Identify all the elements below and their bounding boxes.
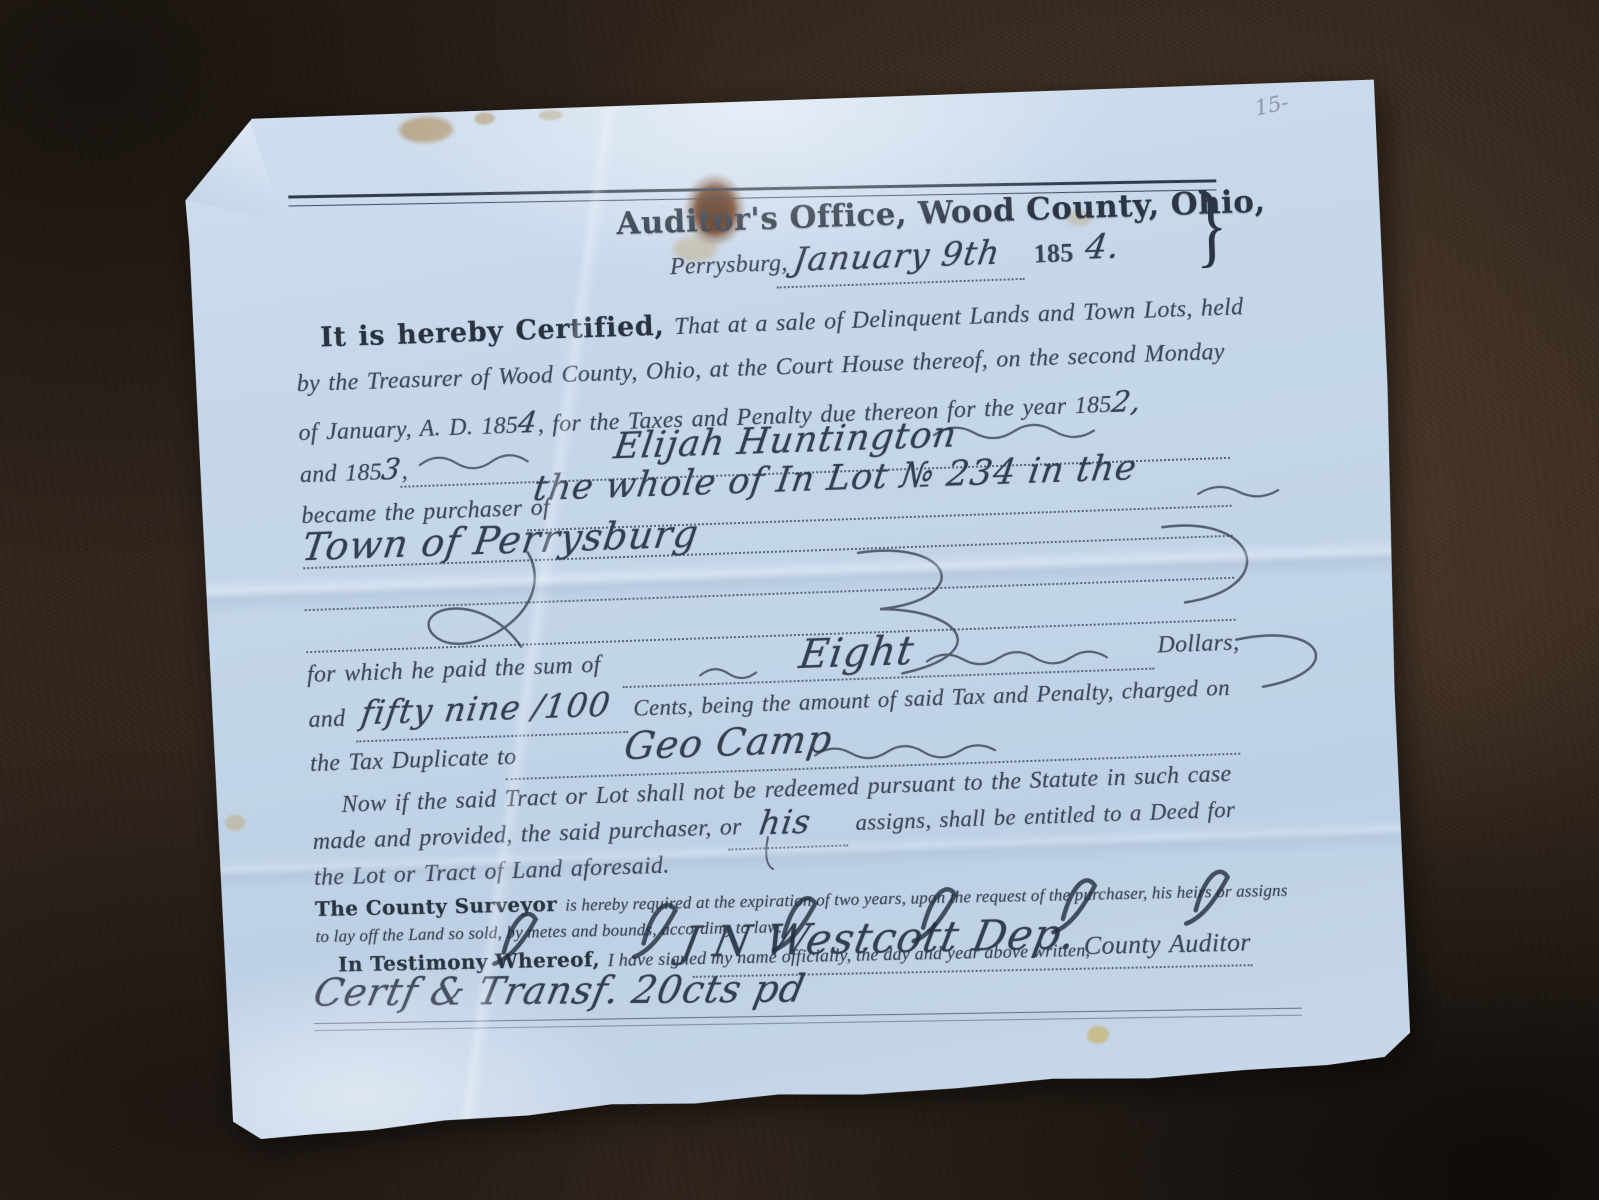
paper-sheet-wrapper: Auditor's Office, Wood County, Ohio, } P…	[183, 79, 1413, 1140]
pencil-note: 15-	[1253, 90, 1291, 121]
certified-bold: It is hereby Certified,	[320, 310, 665, 353]
amount-cents-handwritten: fifty nine /100	[359, 684, 614, 732]
dateline-dotted-line	[777, 278, 1025, 289]
top-edge-stain-3	[538, 110, 562, 121]
dateline-year-printed: 185	[1033, 238, 1074, 269]
blank-dotted-line-3	[306, 619, 1236, 653]
his-dotted-line	[728, 844, 848, 850]
paper-sheet: Auditor's Office, Wood County, Ohio, } P…	[183, 79, 1413, 1140]
photo-of-document: Auditor's Office, Wood County, Ohio, } P…	[0, 0, 1599, 1200]
redeem-pre: made and provided, the said purchaser, o…	[312, 814, 742, 855]
top-edge-stain	[399, 116, 454, 144]
certified-rest: That at a sale of Delinquent Lands and T…	[674, 294, 1244, 340]
bottom-note-handwritten: Certf & Transf. 20cts pd	[310, 966, 809, 1015]
dollars-label: Dollars,	[1157, 630, 1240, 660]
cents-pre: and	[308, 706, 346, 734]
bottom-stain	[1087, 1025, 1110, 1044]
redeem-line-3: the Lot or Tract of Land aforesaid.	[314, 853, 670, 892]
surveyor-bold: The County Surveyor	[315, 892, 558, 921]
line-paid: for which he paid the sum of	[307, 652, 601, 689]
and-hw-3: 3	[380, 452, 404, 487]
dateline-year-handwritten: 4.	[1083, 226, 1123, 267]
and-pre: and 185	[300, 459, 383, 488]
january-pre: of January, A. D. 185	[298, 413, 519, 447]
dateline-place: Perrysburg,	[670, 250, 789, 281]
header-brace: }	[1193, 181, 1229, 268]
his-handwritten: his	[757, 802, 814, 843]
january-hw-2: 2,	[1109, 384, 1143, 419]
redeem-line-2: made and provided, the said purchaser, o…	[312, 814, 742, 856]
signature-handwritten: J N Westcott Dep.	[677, 909, 1080, 967]
taxpayer-name-handwritten: Geo Camp	[622, 717, 836, 768]
line-and-1853: and 1853,	[299, 452, 408, 490]
duplicate-pre: the Tax Duplicate to	[310, 744, 517, 778]
signature-title: County Auditor	[1084, 928, 1251, 961]
folded-corner	[183, 118, 287, 227]
dateline-handwritten-date: January 9th	[791, 233, 1003, 279]
redeem-post: assigns, shall be entitled to a Deed for	[855, 797, 1236, 836]
blank-dotted-line-2	[305, 577, 1235, 611]
january-hw-4: 4	[516, 405, 540, 440]
place-label: Perrysburg,	[670, 250, 789, 280]
amount-dollars-handwritten: Eight	[796, 628, 917, 678]
top-edge-stain-2	[474, 112, 494, 125]
left-margin-stain	[225, 814, 246, 831]
cents-dotted-line	[356, 731, 628, 742]
